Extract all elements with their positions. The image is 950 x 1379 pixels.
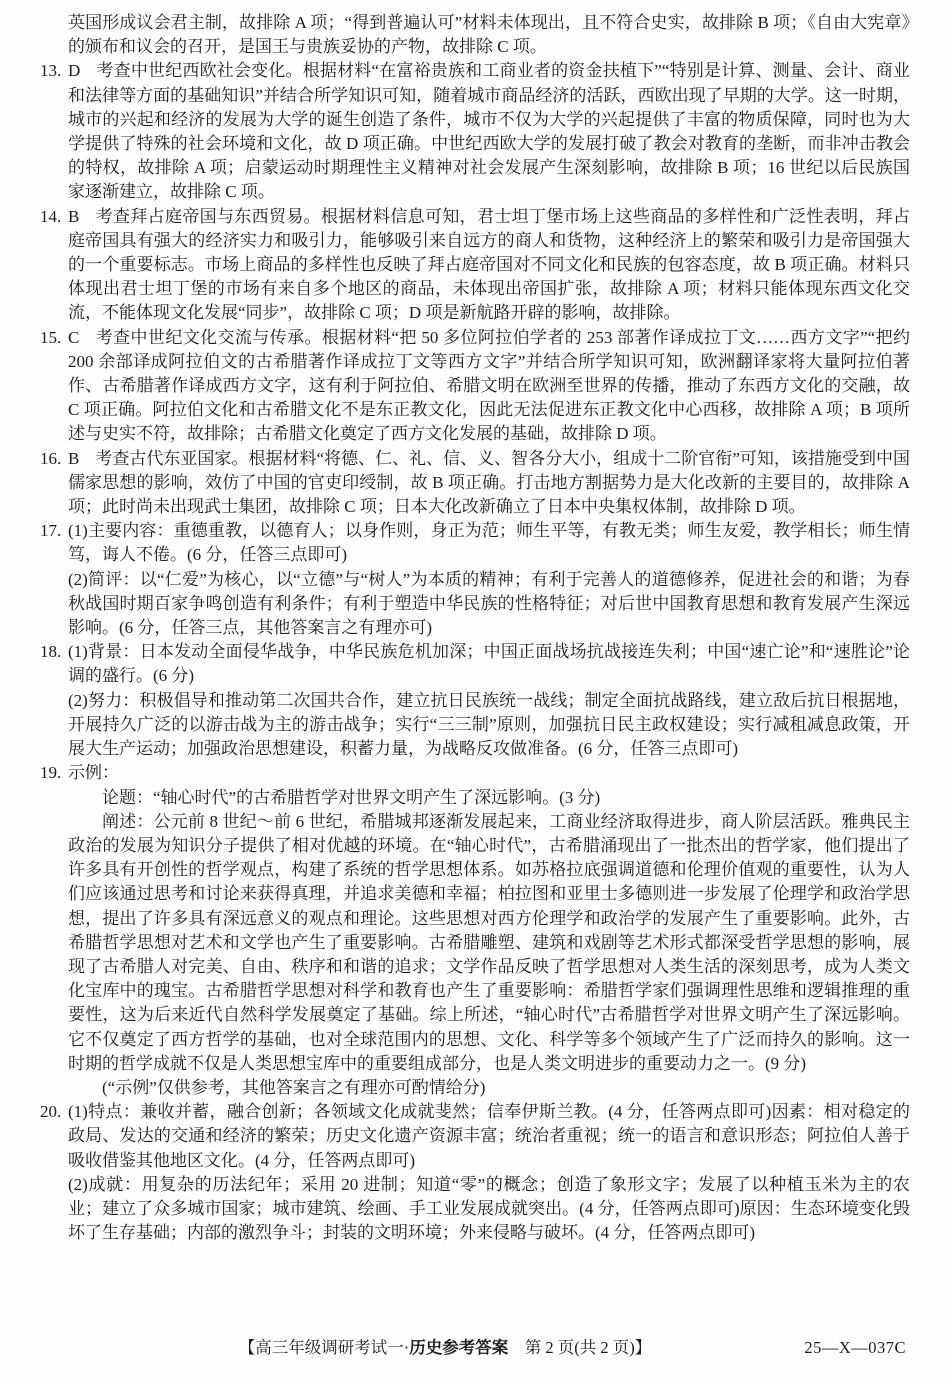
paragraph-text: (1)特点：兼收并蓄，融合创新；各领域文化成就斐然；信奉伊斯兰教。(4 分，任答… [68, 1102, 910, 1169]
answer-20-part2: (2)成就：用复杂的历法纪年；采用 20 进制；知道“零”的概念；创造了象形文字… [68, 1173, 910, 1246]
item-number: 13. [40, 59, 61, 83]
paragraph-text: 考查古代东亚国家。根据材料“将德、仁、礼、信、义、智各分大小，组成十二阶官衔”可… [68, 449, 910, 516]
paragraph-text: (“示例”仅供参考，其他答案言之有理亦可酌情给分) [102, 1078, 485, 1097]
answer-16: 16.B考查古代东亚国家。根据材料“将德、仁、礼、信、义、智各分大小，组成十二阶… [68, 447, 910, 520]
paragraph-text: 考查中世纪西欧社会变化。根据材料“在富裕贵族和工商业者的资金扶植下”“特别是计算… [68, 61, 910, 201]
item-number: 18. [40, 640, 61, 664]
answer-12-continuation: 英国形成议会君主制，故排除 A 项；“得到普遍认可”材料未体现出，且不符合史实，… [68, 11, 910, 59]
answer-17-part2: (2)简评：以“仁爱”为核心，以“立德”与“树人”为本质的精神；有利于完善人的道… [68, 568, 910, 641]
answer-18-part1: 18.(1)背景：日本发动全面侵华战争，中华民族危机加深；中国正面战场抗战接连失… [68, 640, 910, 688]
paragraph-text: (1)主要内容：重德重教，以德育人；以身作则，身正为范；师生平等，有教无类；师生… [68, 521, 910, 564]
answer-20-part1: 20.(1)特点：兼收并蓄，融合创新；各领域文化成就斐然；信奉伊斯兰教。(4 分… [68, 1100, 910, 1173]
answer-letter: B [68, 205, 79, 229]
footer-title: 【高三年级调研考试一·历史参考答案 第 2 页(共 2 页)】 [60, 1335, 830, 1361]
answer-14: 14.B考查拜占庭帝国与东西贸易。根据材料信息可知，君士坦丁堡市场上这些商品的多… [68, 205, 910, 326]
footer-paper-code: 25—X—037C [804, 1335, 906, 1361]
item-number: 20. [40, 1100, 61, 1124]
answer-15: 15.C考查中世纪文化交流与传承。根据材料“把 50 多位阿拉伯学者的 253 … [68, 326, 910, 447]
answer-letter: C [68, 326, 79, 350]
page-footer: 【高三年级调研考试一·历史参考答案 第 2 页(共 2 页)】 25—X—037… [0, 1335, 950, 1361]
item-number: 17. [40, 519, 61, 543]
paragraph-text: (2)简评：以“仁爱”为核心，以“立德”与“树人”为本质的精神；有利于完善人的道… [68, 570, 910, 637]
footer-title-prefix: 【高三年级调研考试一· [239, 1338, 410, 1357]
answer-18-part2: (2)努力：积极倡导和推动第二次国共合作，建立抗日民族统一战线；制定全面抗战路线… [68, 689, 910, 762]
answer-letter: B [68, 447, 79, 471]
paragraph-text: (1)背景：日本发动全面侵华战争，中华民族危机加深；中国正面战场抗战接连失利；中… [68, 642, 910, 685]
answer-19-note: (“示例”仅供参考，其他答案言之有理亦可酌情给分) [68, 1076, 910, 1100]
item-number: 15. [40, 326, 61, 350]
answer-letter: D [68, 59, 80, 83]
item-number: 16. [40, 447, 61, 471]
answer-19-label: 19.示例： [68, 761, 910, 785]
answer-13: 13.D考查中世纪西欧社会变化。根据材料“在富裕贵族和工商业者的资金扶植下”“特… [68, 59, 910, 204]
answer-17-part1: 17.(1)主要内容：重德重教，以德育人；以身作则，身正为范；师生平等，有教无类… [68, 519, 910, 567]
paragraph-text: (2)成就：用复杂的历法纪年；采用 20 进制；知道“零”的概念；创造了象形文字… [68, 1175, 910, 1242]
answer-19-thesis: 论题：“轴心时代”的古希腊哲学对世界文明产生了深远影响。(3 分) [68, 786, 910, 810]
paragraph-text: 论题：“轴心时代”的古希腊哲学对世界文明产生了深远影响。(3 分) [102, 788, 600, 807]
paragraph-text: (2)努力：积极倡导和推动第二次国共合作，建立抗日民族统一战线；制定全面抗战路线… [68, 691, 910, 758]
answer-sheet-page: 英国形成议会君主制，故排除 A 项；“得到普遍认可”材料未体现出，且不符合史实，… [0, 0, 950, 1379]
footer-subject-title: 历史参考答案 [409, 1338, 508, 1357]
answer-content: 英国形成议会君主制，故排除 A 项；“得到普遍认可”材料未体现出，且不符合史实，… [68, 11, 910, 1245]
paragraph-text: 示例： [68, 763, 119, 782]
paragraph-text: 考查中世纪文化交流与传承。根据材料“把 50 多位阿拉伯学者的 253 部著作译… [68, 328, 910, 444]
footer-page-number: 第 2 页(共 2 页)】 [508, 1338, 651, 1357]
answer-19-elaboration: 阐述：公元前 8 世纪～前 6 世纪，希腊城邦逐渐发展起来，工商业经济取得进步，… [68, 810, 910, 1076]
paragraph-text: 阐述：公元前 8 世纪～前 6 世纪，希腊城邦逐渐发展起来，工商业经济取得进步，… [68, 812, 910, 1073]
item-number: 19. [40, 761, 61, 785]
item-number: 14. [40, 205, 61, 229]
paragraph-text: 英国形成议会君主制，故排除 A 项；“得到普遍认可”材料未体现出，且不符合史实，… [68, 13, 910, 56]
paragraph-text: 考查拜占庭帝国与东西贸易。根据材料信息可知，君士坦丁堡市场上这些商品的多样性和广… [68, 207, 910, 323]
